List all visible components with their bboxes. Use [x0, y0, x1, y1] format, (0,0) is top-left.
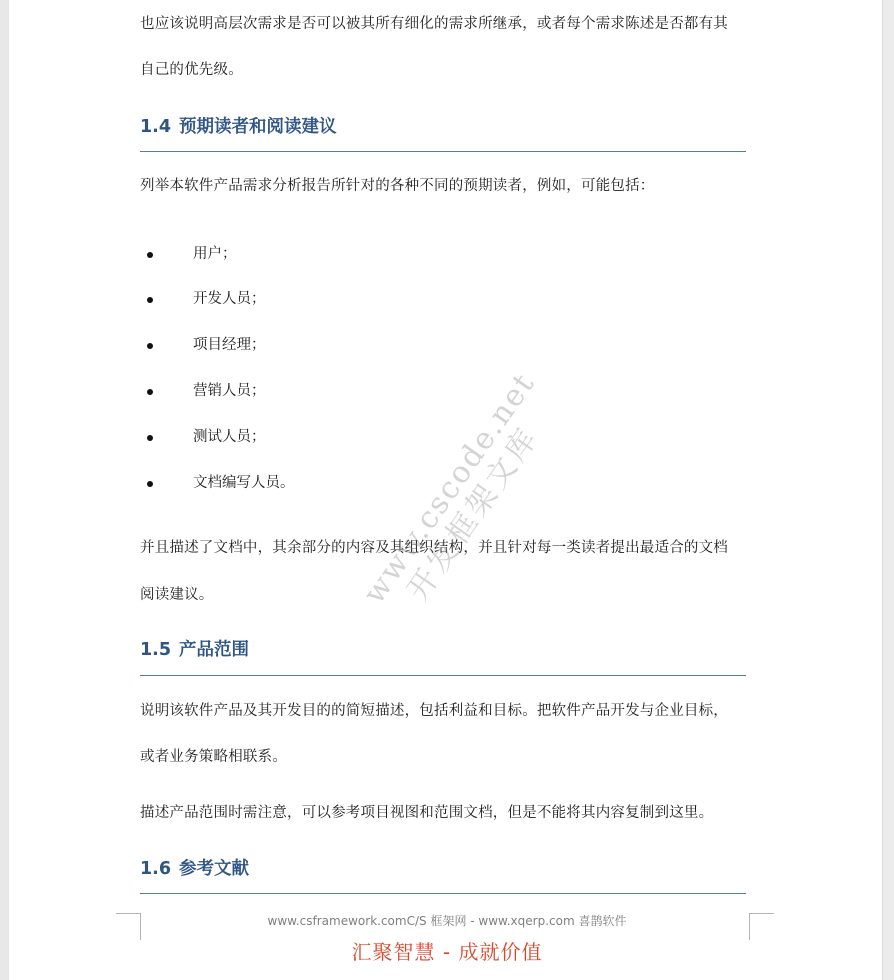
list-item: 用户；: [193, 244, 237, 264]
readers-closing-line-2: 阅读建议。: [140, 585, 214, 605]
section-heading-1-4: 1.4预期读者和阅读建议: [140, 115, 337, 139]
heading-underline-rule: [140, 151, 746, 152]
bullet-icon: [147, 389, 153, 395]
section-title: 预期读者和阅读建议: [179, 117, 337, 137]
heading-underline-rule: [140, 675, 746, 676]
section-title: 产品范围: [179, 640, 249, 660]
footer-slogan: 汇聚智慧 - 成就价值: [0, 939, 894, 965]
footer-sites-text: www.csframework.comC/S 框架网 - www.xqerp.c…: [0, 913, 894, 929]
list-item: 文档编写人员。: [193, 473, 295, 493]
readers-intro-paragraph: 列举本软件产品需求分析报告所针对的各种不同的预期读者，例如，可能包括：: [140, 176, 655, 196]
bullet-icon: [147, 252, 153, 258]
list-item: 营销人员；: [193, 381, 266, 401]
readers-closing-line-1: 并且描述了文档中，其余部分的内容及其组织结构，并且针对每一类读者提出最适合的文档: [140, 538, 728, 558]
document-page: [9, 0, 882, 980]
bullet-icon: [147, 343, 153, 349]
bullet-icon: [147, 435, 153, 441]
section-heading-1-6: 1.6参考文献: [140, 857, 249, 881]
scope-paragraph-line-1: 说明该软件产品及其开发目的的简短描述，包括利益和目标。把软件产品开发与企业目标，: [140, 701, 728, 721]
section-heading-1-5: 1.5产品范围: [140, 638, 249, 662]
section-number: 1.4: [140, 117, 171, 137]
scope-note-paragraph: 描述产品范围时需注意，可以参考项目视图和范围文档，但是不能将其内容复制到这里。: [140, 803, 713, 823]
section-number: 1.5: [140, 640, 171, 660]
scope-paragraph-line-2: 或者业务策略相联系。: [140, 747, 287, 767]
section-number: 1.6: [140, 859, 171, 879]
intro-paragraph-line-1: 也应该说明高层次需求是否可以被其所有细化的需求所继承，或者每个需求陈述是否都有其: [140, 14, 728, 34]
heading-underline-rule: [140, 893, 746, 894]
section-title: 参考文献: [179, 859, 249, 879]
left-window-gutter: [0, 0, 9, 980]
list-item: 开发人员；: [193, 289, 266, 309]
list-item: 测试人员；: [193, 427, 266, 447]
bullet-icon: [147, 481, 153, 487]
scrollbar-track[interactable]: [882, 0, 894, 980]
intro-paragraph-line-2: 自己的优先级。: [140, 60, 243, 80]
list-item: 项目经理；: [193, 335, 266, 355]
bullet-icon: [147, 297, 153, 303]
